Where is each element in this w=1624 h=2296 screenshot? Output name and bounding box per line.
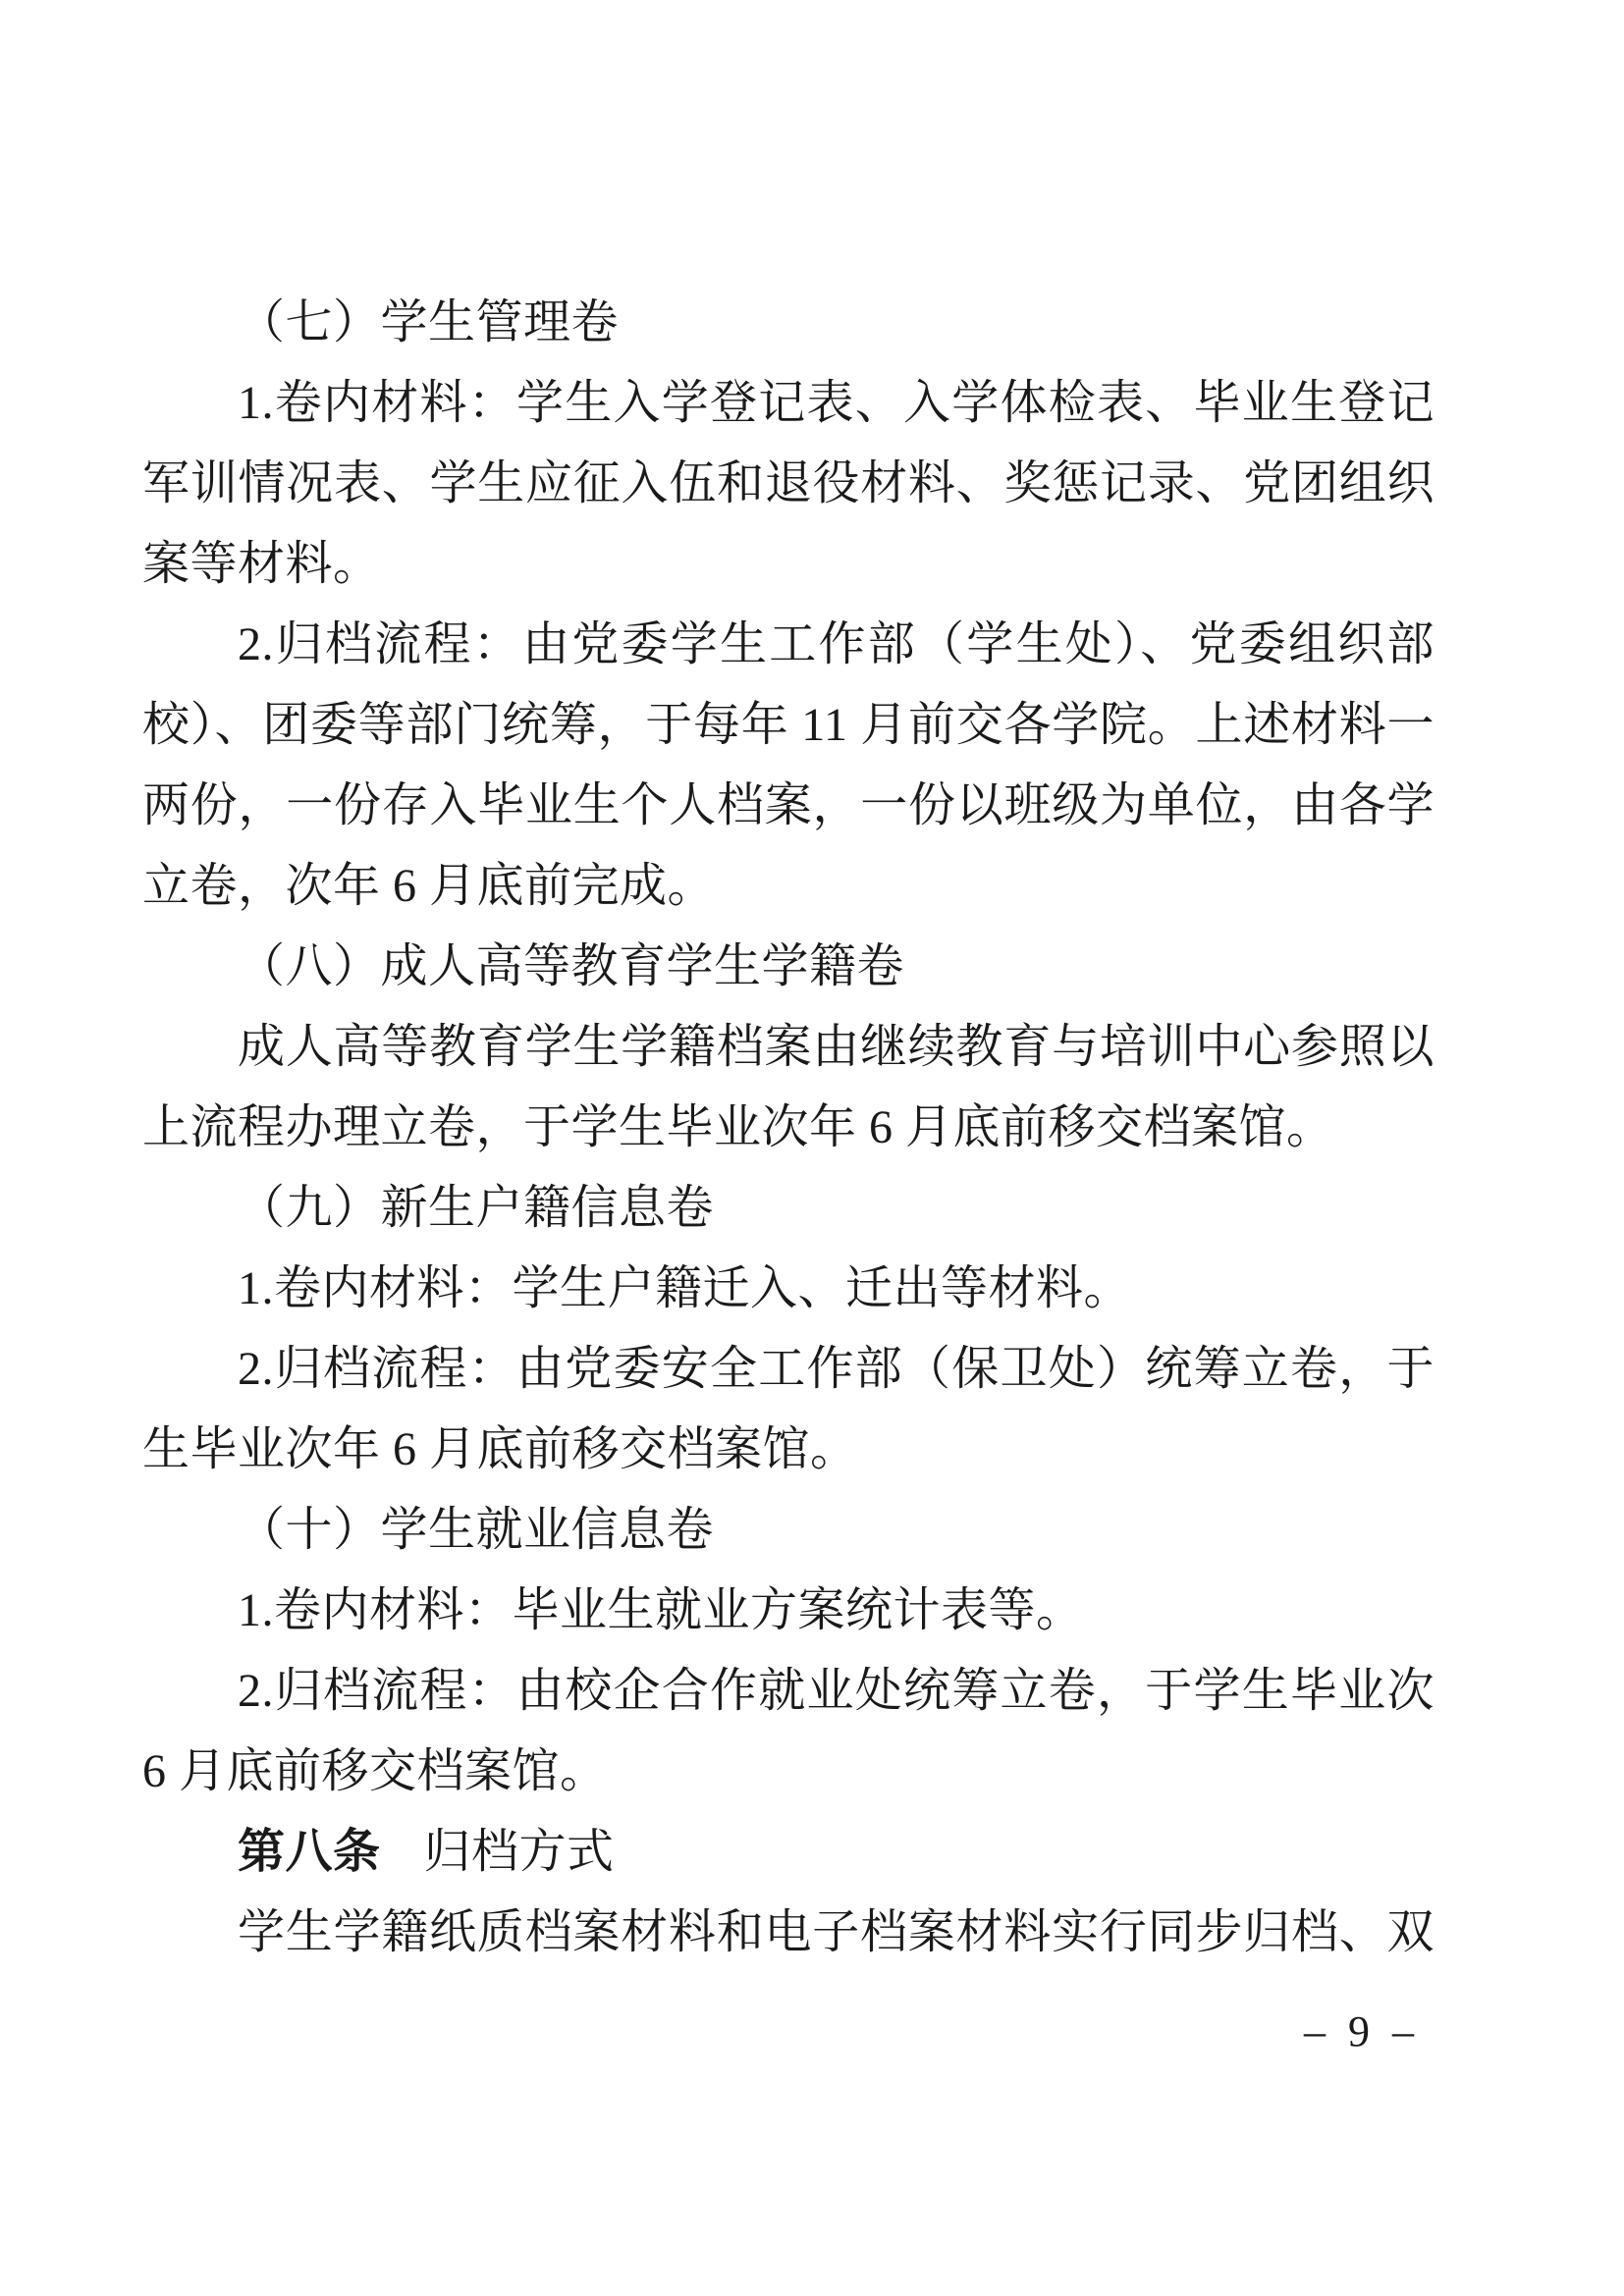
- section-heading-8: （八）成人高等教育学生学籍卷: [142, 927, 1435, 1007]
- section-heading-10: （十）学生就业信息卷: [142, 1490, 1435, 1571]
- text-line: 校）、团委等部门统筹，于每年 11 月前交各学院。上述材料一式: [142, 685, 1435, 766]
- text-line: 学生学籍纸质档案材料和电子档案材料实行同步归档、双套: [142, 1893, 1435, 1973]
- text-line: 6 月底前移交档案馆。: [142, 1732, 1435, 1812]
- text-line: 上流程办理立卷，于学生毕业次年 6 月底前移交档案馆。: [142, 1088, 1435, 1168]
- text-line: 军训情况表、学生应征入伍和退役材料、奖惩记录、党团组织档: [142, 444, 1435, 524]
- text-line: 1.卷内材料：毕业生就业方案统计表等。: [142, 1571, 1435, 1651]
- text-line: 成人高等教育学生学籍档案由继续教育与培训中心参照以: [142, 1007, 1435, 1088]
- text-line: 生毕业次年 6 月底前移交档案馆。: [142, 1410, 1435, 1490]
- document-page: （七）学生管理卷 1.卷内材料：学生入学登记表、入学体检表、毕业生登记表、 军训…: [0, 0, 1624, 2296]
- text-line: 两份，一份存入毕业生个人档案，一份以班级为单位，由各学院: [142, 766, 1435, 846]
- section-heading-9: （九）新生户籍信息卷: [142, 1168, 1435, 1249]
- text-line: 案等材料。: [142, 524, 1435, 605]
- document-body: （七）学生管理卷 1.卷内材料：学生入学登记表、入学体检表、毕业生登记表、 军训…: [142, 283, 1435, 1973]
- section-heading-7: （七）学生管理卷: [142, 283, 1435, 363]
- article-number: 第八条: [238, 1826, 381, 1878]
- text-line: 立卷，次年 6 月底前完成。: [142, 846, 1435, 927]
- page-number: – 9 –: [1304, 2004, 1420, 2059]
- article-title: 归档方式: [424, 1826, 615, 1878]
- text-line: 1.卷内材料：学生户籍迁入、迁出等材料。: [142, 1249, 1435, 1329]
- text-line: 2.归档流程：由党委安全工作部（保卫处）统筹立卷，于学: [142, 1329, 1435, 1410]
- text-line: 2.归档流程：由党委学生工作部（学生处）、党委组织部（党: [142, 605, 1435, 685]
- article-heading: 第八条归档方式: [142, 1812, 1435, 1893]
- text-line: 2.归档流程：由校企合作就业处统筹立卷，于学生毕业次年: [142, 1651, 1435, 1732]
- text-line: 1.卷内材料：学生入学登记表、入学体检表、毕业生登记表、: [142, 363, 1435, 444]
